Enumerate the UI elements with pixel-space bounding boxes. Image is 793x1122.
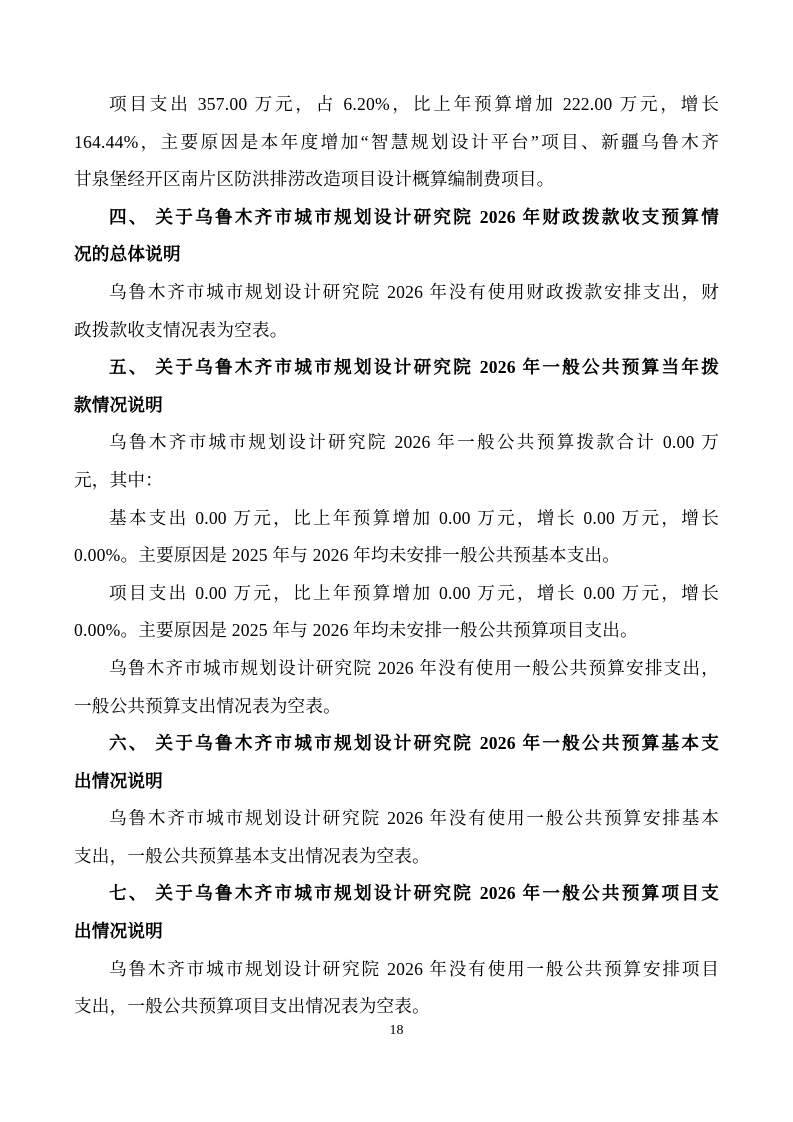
paragraph-section-5-intro: 乌鲁木齐市城市规划设计研究院 2026 年一般公共预算拨款合计 0.00 万 元… (74, 424, 719, 499)
paragraph-section-4-body: 乌鲁木齐市城市规划设计研究院 2026 年没有使用财政拨款安排支出，财 政拨款收… (74, 274, 719, 349)
page-number: 18 (0, 1022, 793, 1040)
text-line: 乌鲁木齐市城市规划设计研究院 2026 年没有使用财政拨款安排支出，财 (74, 274, 719, 312)
document-content: 项目支出 357.00 万元，占 6.20%，比上年预算增加 222.00 万元… (74, 86, 719, 1026)
heading-line: 出情况说明 (74, 913, 719, 951)
paragraph-basic-expenditure: 基本支出 0.00 万元，比上年预算增加 0.00 万元，增长 0.00 万元，… (74, 500, 719, 575)
text-line: 项目支出 357.00 万元，占 6.20%，比上年预算增加 222.00 万元… (74, 86, 719, 124)
text-line: 支出，一般公共预算项目支出情况表为空表。 (74, 988, 719, 1026)
heading-line: 七、 关于乌鲁木齐市城市规划设计研究院 2026 年一般公共预算项目支 (74, 875, 719, 913)
text-line: 项目支出 0.00 万元，比上年预算增加 0.00 万元，增长 0.00 万元，… (74, 575, 719, 613)
heading-section-7: 七、 关于乌鲁木齐市城市规划设计研究院 2026 年一般公共预算项目支 出情况说… (74, 875, 719, 950)
text-line: 乌鲁木齐市城市规划设计研究院 2026 年没有使用一般公共预算安排基本 (74, 800, 719, 838)
heading-line: 款情况说明 (74, 387, 719, 425)
paragraph-section-6-body: 乌鲁木齐市城市规划设计研究院 2026 年没有使用一般公共预算安排基本 支出，一… (74, 800, 719, 875)
paragraph-section-5-conclusion: 乌鲁木齐市城市规划设计研究院 2026 年没有使用一般公共预算安排支出， 一般公… (74, 650, 719, 725)
heading-line: 四、 关于乌鲁木齐市城市规划设计研究院 2026 年财政拨款收支预算情 (74, 199, 719, 237)
text-line: 0.00%。主要原因是 2025 年与 2026 年均未安排一般公共预算项目支出… (74, 612, 719, 650)
document-page: 项目支出 357.00 万元，占 6.20%，比上年预算增加 222.00 万元… (0, 0, 793, 1122)
heading-line: 五、 关于乌鲁木齐市城市规划设计研究院 2026 年一般公共预算当年拨 (74, 349, 719, 387)
paragraph-project-expenditure-0: 项目支出 0.00 万元，比上年预算增加 0.00 万元，增长 0.00 万元，… (74, 575, 719, 650)
text-line: 0.00%。主要原因是 2025 年与 2026 年均未安排一般公共预基本支出。 (74, 537, 719, 575)
text-line: 基本支出 0.00 万元，比上年预算增加 0.00 万元，增长 0.00 万元，… (74, 500, 719, 538)
text-line: 政拨款收支情况表为空表。 (74, 312, 719, 350)
text-line: 支出，一般公共预算基本支出情况表为空表。 (74, 838, 719, 876)
text-line: 乌鲁木齐市城市规划设计研究院 2026 年没有使用一般公共预算安排支出， (74, 650, 719, 688)
text-line: 一般公共预算支出情况表为空表。 (74, 688, 719, 726)
text-line: 甘泉堡经开区南片区防洪排涝改造项目设计概算编制费项目。 (74, 161, 719, 199)
heading-section-4: 四、 关于乌鲁木齐市城市规划设计研究院 2026 年财政拨款收支预算情 况的总体… (74, 199, 719, 274)
text-line: 乌鲁木齐市城市规划设计研究院 2026 年一般公共预算拨款合计 0.00 万 (74, 424, 719, 462)
heading-section-5: 五、 关于乌鲁木齐市城市规划设计研究院 2026 年一般公共预算当年拨 款情况说… (74, 349, 719, 424)
text-line: 乌鲁木齐市城市规划设计研究院 2026 年没有使用一般公共预算安排项目 (74, 951, 719, 989)
heading-section-6: 六、 关于乌鲁木齐市城市规划设计研究院 2026 年一般公共预算基本支 出情况说… (74, 725, 719, 800)
heading-line: 出情况说明 (74, 763, 719, 801)
text-line: 元，其中： (74, 462, 719, 500)
text-line: 164.44%，主要原因是本年度增加“智慧规划设计平台”项目、新疆乌鲁木齐 (74, 124, 719, 162)
heading-line: 况的总体说明 (74, 236, 719, 274)
paragraph-section-7-body: 乌鲁木齐市城市规划设计研究院 2026 年没有使用一般公共预算安排项目 支出，一… (74, 951, 719, 1026)
heading-line: 六、 关于乌鲁木齐市城市规划设计研究院 2026 年一般公共预算基本支 (74, 725, 719, 763)
paragraph-project-expenditure-357: 项目支出 357.00 万元，占 6.20%，比上年预算增加 222.00 万元… (74, 86, 719, 199)
